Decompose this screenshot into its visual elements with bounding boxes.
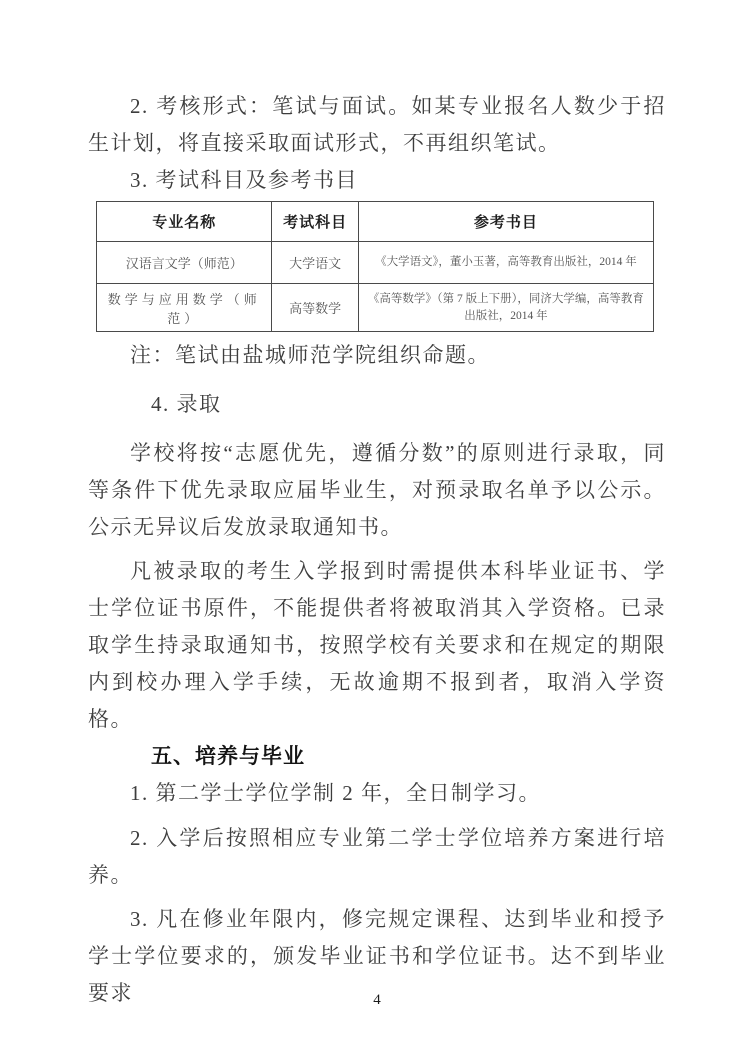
- table-row: 汉语言文学（师范） 大学语文 《大学语文》，董小玉著，高等教育出版社，2014 …: [97, 242, 654, 284]
- paragraph-cultivation-1: 1. 第二学士学位学制 2 年，全日制学习。: [88, 775, 666, 812]
- table-header-major: 专业名称: [97, 202, 272, 242]
- cell-major-chinese: 汉语言文学（师范）: [97, 242, 272, 284]
- document-body: 2. 考核形式：笔试与面试。如某专业报名人数少于招生计划，将直接采取面试形式，不…: [88, 0, 666, 1012]
- cell-books-chinese: 《大学语文》，董小玉著，高等教育出版社，2014 年: [358, 242, 653, 284]
- paragraph-admission-2: 凡被录取的考生入学报到时需提供本科毕业证书、学士学位证书原件，不能提供者将被取消…: [88, 553, 666, 738]
- document-page: 2. 考核形式：笔试与面试。如某专业报名人数少于招生计划，将直接采取面试形式，不…: [0, 0, 754, 1062]
- table-header-row: 专业名称 考试科目 参考书目: [97, 202, 654, 242]
- heading-section-5: 五、培养与毕业: [88, 738, 666, 775]
- cell-books-math: 《高等数学》（第 7 版上下册），同济大学编，高等教育出版社，2014 年: [358, 284, 653, 332]
- reference-table: 专业名称 考试科目 参考书目 汉语言文学（师范） 大学语文 《大学语文》，董小玉…: [96, 201, 654, 332]
- table-header-books: 参考书目: [358, 202, 653, 242]
- table-header-subject: 考试科目: [272, 202, 358, 242]
- cell-subject-math: 高等数学: [272, 284, 358, 332]
- paragraph-exam-format: 2. 考核形式：笔试与面试。如某专业报名人数少于招生计划，将直接采取面试形式，不…: [88, 88, 666, 162]
- table-row: 数学与应用数学（师范） 高等数学 《高等数学》（第 7 版上下册），同济大学编，…: [97, 284, 654, 332]
- cell-subject-chinese: 大学语文: [272, 242, 358, 284]
- paragraph-admission-1: 学校将按“志愿优先，遵循分数”的原则进行录取，同等条件下优先录取应届毕业生，对预…: [88, 435, 666, 546]
- cell-major-math: 数学与应用数学（师范）: [97, 284, 272, 332]
- page-number: 4: [0, 992, 754, 1009]
- heading-admission: 4. 录取: [88, 386, 666, 423]
- heading-exam-subjects: 3. 考试科目及参考书目: [88, 162, 666, 199]
- paragraph-table-note: 注：笔试由盐城师范学院组织命题。: [88, 337, 666, 374]
- paragraph-cultivation-2: 2. 入学后按照相应专业第二学士学位培养方案进行培养。: [88, 820, 666, 894]
